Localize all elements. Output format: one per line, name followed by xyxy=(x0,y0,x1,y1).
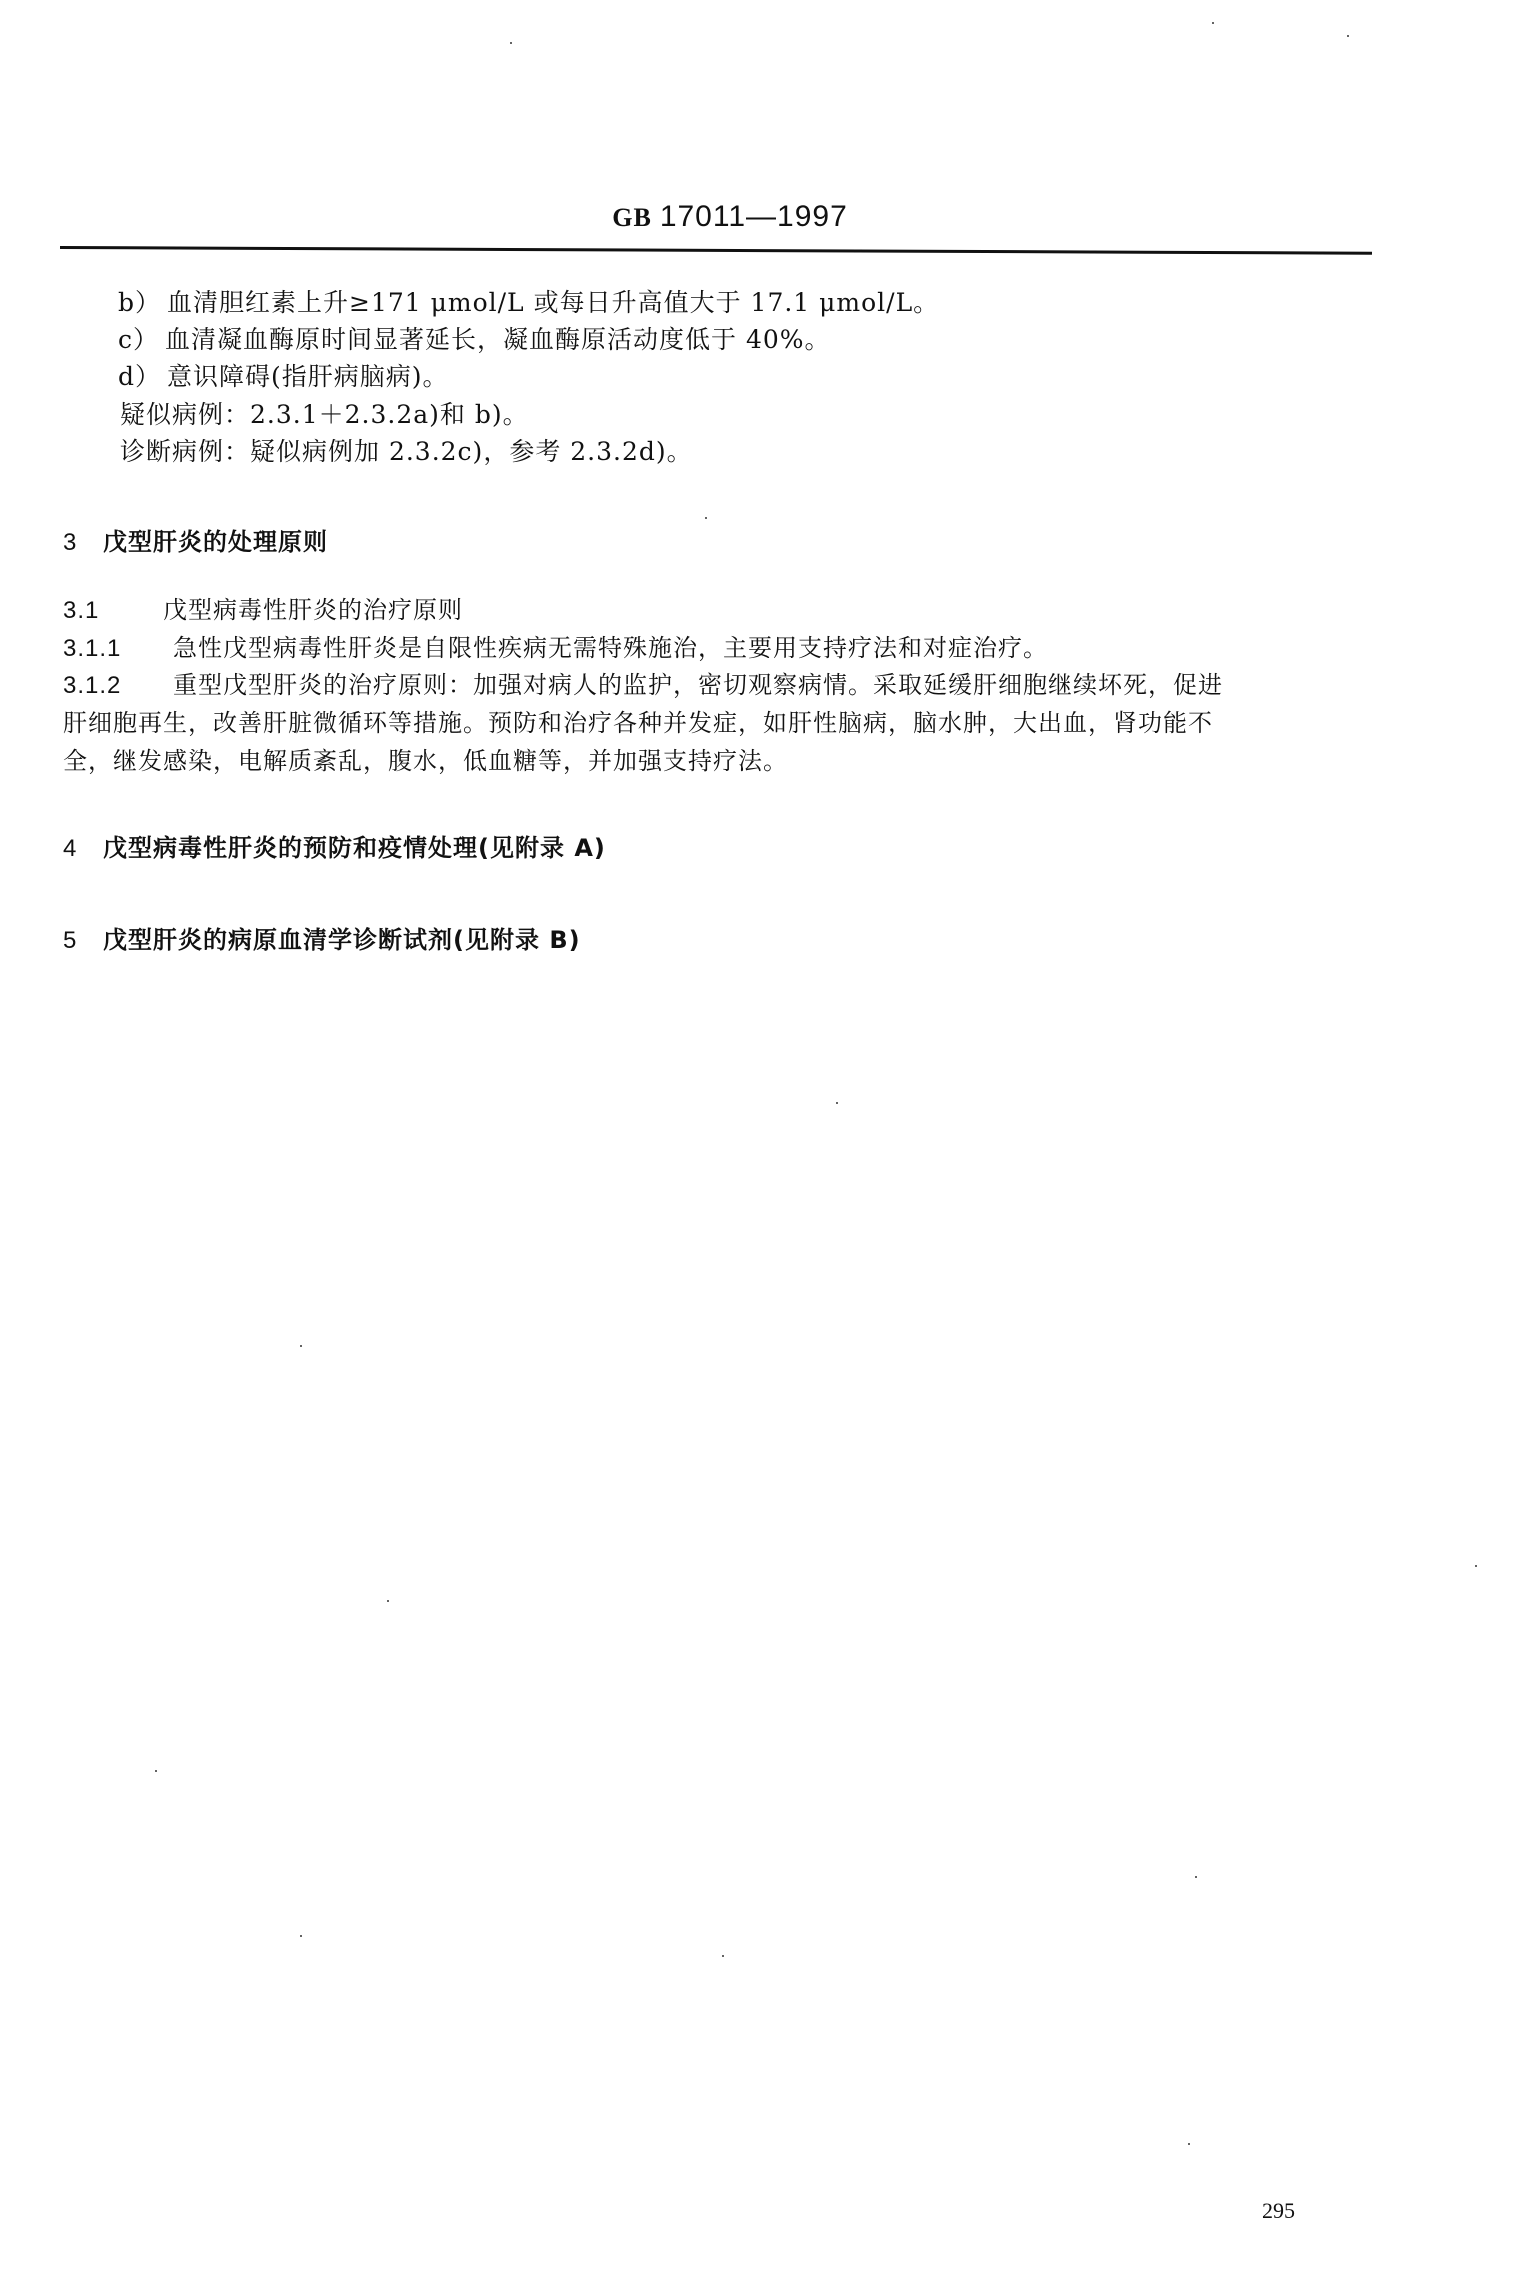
section-title: 戊型病毒性肝炎的预防和疫情处理(见附录 A) xyxy=(103,834,606,862)
clause-3-1-1: 3.1.1急性戊型病毒性肝炎是自限性疾病无需特殊施治，主要用支持疗法和对症治疗。 xyxy=(63,628,1048,663)
page-number: 295 xyxy=(1262,2198,1295,2224)
item-marker: c） xyxy=(118,325,159,354)
scan-speck xyxy=(1195,1876,1197,1878)
header-divider xyxy=(60,246,1372,255)
clause-3-1-2-continuation-2: 全，继发感染，电解质紊乱，腹水，低血糖等，并加强支持疗法。 xyxy=(63,741,1373,776)
item-text: 血清胆红素上升≥171 μmol/L 或每日升高值大于 17.1 μmol/L。 xyxy=(167,288,939,317)
clause-number: 3.1.1 xyxy=(63,635,173,663)
suspected-case-definition: 疑似病例：2.3.1＋2.3.2a)和 b)。 xyxy=(120,400,529,430)
clause-text: 戊型病毒性肝炎的治疗原则 xyxy=(163,596,463,624)
section-number: 5 xyxy=(63,927,103,955)
clause-3-1-2-continuation-1: 肝细胞再生，改善肝脏微循环等措施。预防和治疗各种并发症，如肝性脑病，脑水肿，大出… xyxy=(63,703,1373,738)
scan-speck xyxy=(722,1955,724,1957)
section-number: 3 xyxy=(63,529,103,557)
item-text: 意识障碍(指肝病脑病)。 xyxy=(167,362,449,391)
clause-number: 3.1.2 xyxy=(63,672,173,700)
clause-text: 急性戊型病毒性肝炎是自限性疾病无需特殊施治，主要用支持疗法和对症治疗。 xyxy=(173,634,1048,662)
item-marker: b） xyxy=(118,288,161,317)
scan-speck xyxy=(510,42,512,44)
scan-speck xyxy=(1212,22,1214,24)
section-title: 戊型肝炎的处理原则 xyxy=(103,528,328,556)
section-number: 4 xyxy=(63,835,103,863)
scan-speck xyxy=(836,1102,838,1104)
scan-speck xyxy=(155,1770,157,1772)
scan-speck xyxy=(387,1600,389,1602)
criteria-item-c: c）血清凝血酶原时间显著延长，凝血酶原活动度低于 40%。 xyxy=(118,325,831,355)
clause-number: 3.1 xyxy=(63,597,163,625)
criteria-item-d: d）意识障碍(指肝病脑病)。 xyxy=(118,362,449,392)
clause-3-1: 3.1戊型病毒性肝炎的治疗原则 xyxy=(63,590,463,625)
item-marker: d） xyxy=(118,362,161,391)
section-heading-3: 3戊型肝炎的处理原则 xyxy=(63,522,328,557)
section-heading-4: 4戊型病毒性肝炎的预防和疫情处理(见附录 A) xyxy=(63,828,606,863)
diagnosed-case-definition: 诊断病例：疑似病例加 2.3.2c)，参考 2.3.2d)。 xyxy=(120,437,693,467)
scan-speck xyxy=(300,1935,302,1937)
document-standard-code: GB17011—1997 xyxy=(0,200,1460,234)
item-text: 血清凝血酶原时间显著延长，凝血酶原活动度低于 40%。 xyxy=(165,325,831,354)
scan-speck xyxy=(300,1345,302,1347)
standard-number: 17011—1997 xyxy=(660,200,848,233)
section-title: 戊型肝炎的病原血清学诊断试剂(见附录 B) xyxy=(103,926,581,954)
standard-prefix: GB xyxy=(612,203,652,232)
clause-3-1-2: 3.1.2重型戊型肝炎的治疗原则：加强对病人的监护，密切观察病情。采取延缓肝细胞… xyxy=(63,665,1223,700)
section-heading-5: 5戊型肝炎的病原血清学诊断试剂(见附录 B) xyxy=(63,920,581,955)
scan-speck xyxy=(705,517,707,519)
scan-speck xyxy=(1347,35,1349,37)
criteria-item-b: b）血清胆红素上升≥171 μmol/L 或每日升高值大于 17.1 μmol/… xyxy=(118,288,939,318)
scan-speck xyxy=(1475,1565,1477,1567)
scan-speck xyxy=(1188,2143,1190,2145)
clause-text-line-1: 重型戊型肝炎的治疗原则：加强对病人的监护，密切观察病情。采取延缓肝细胞继续坏死，… xyxy=(173,671,1223,699)
